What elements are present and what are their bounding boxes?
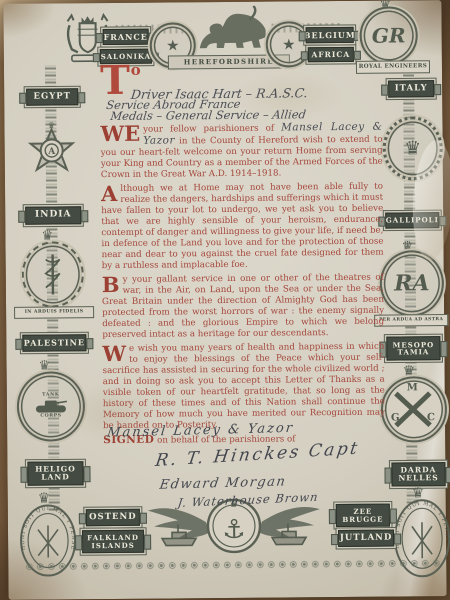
plaque-mesopotamia: MESOPO TAMIA — [386, 336, 440, 360]
signature-2: Edward Morgan — [158, 474, 287, 492]
crown-icon: ♛ — [379, 0, 391, 12]
crown-icon: ★ — [166, 38, 180, 53]
plaque-france-label: FRANCE — [104, 32, 148, 41]
wave-border — [24, 556, 440, 573]
tank-icon — [34, 399, 68, 413]
royal-cypher-gr-badge: GR — [359, 6, 418, 65]
ramc-motto-label: IN ARDUIS FIDELIS — [25, 310, 84, 316]
svg-text:♛: ♛ — [48, 121, 55, 130]
tank-corps-top-label: TANK — [42, 394, 59, 399]
photo-of-certificate: { "document_type": "WWI Letter of Thanks… — [0, 0, 450, 600]
plaque-heligoland: HELIGO LAND — [27, 461, 83, 485]
plaque-falkland-line2: ISLANDS — [91, 541, 134, 549]
plaque-dardanelles-line2: NELLES — [398, 474, 438, 482]
plaque-india: INDIA — [25, 206, 81, 224]
mgc-letter-m: M — [407, 382, 418, 393]
plaque-france: FRANCE — [103, 29, 149, 45]
plaque-gallipoli: GALLIPOLI — [385, 212, 439, 228]
paragraph-gallant-service-text: y your gallant service in one or other o… — [102, 273, 384, 340]
paragraph-hardships: A lthough we at Home may not have been a… — [101, 182, 384, 272]
dropcap-b: B — [102, 276, 120, 293]
svg-text:⚓: ⚓ — [222, 515, 246, 545]
plaque-egypt: EGYPT — [26, 88, 78, 105]
to-small-letter: o — [131, 61, 141, 79]
herefordshire-lion — [189, 6, 265, 57]
crowned-garter-roundel: ♛ — [382, 116, 443, 181]
plaque-india-label: INDIA — [35, 211, 72, 221]
paragraph-hardships-text: lthough we at Home may not have been abl… — [101, 182, 383, 271]
svg-text:A: A — [47, 147, 56, 157]
plaque-zeebrugge: ZEE BRUGGE — [336, 504, 390, 527]
paragraph-welcome-pre: your fellow parishioners of — [143, 124, 274, 135]
plaque-palestine: PALESTINE — [22, 334, 86, 352]
mgc-letter-c: C — [427, 412, 435, 423]
dropcap-we: WE — [100, 125, 140, 142]
ramc-badge — [21, 241, 84, 308]
plaque-africa-label: AFRICA — [311, 50, 350, 58]
plaque-mesopotamia-line2: TAMIA — [398, 348, 430, 356]
plaque-jutland-label: JUTLAND — [340, 534, 393, 543]
letter-header: To Driver Isaac Hart – R.A.S.C. Service … — [100, 63, 382, 122]
paragraph-wishes-text: e wish you many years of health and happ… — [103, 342, 385, 431]
raf-motto-label: PER ARDUA AD ASTRA — [379, 318, 443, 323]
plaque-heligoland-line2: LAND — [41, 473, 70, 481]
paragraph-gallant-service: B y your gallant service in one or other… — [102, 273, 385, 341]
letter-text-block: To Driver Isaac Hart – R.A.S.C. Service … — [100, 63, 385, 450]
certificate-paper: FRANCE SALONIKA ★ HEREFORDSHIRE ★ BELGIU… — [3, 0, 446, 600]
plaque-zeebrugge-line2: BRUGGE — [342, 515, 383, 523]
plaque-egypt-label: EGYPT — [33, 92, 71, 101]
raf-monogram-badge: RA — [380, 250, 445, 317]
rod-of-asclepius-icon — [38, 251, 68, 297]
plaque-ostend: OSTEND — [86, 509, 140, 526]
plaque-ostend-label: OSTEND — [89, 513, 137, 522]
banner-ramc-motto: IN ARDUIS FIDELIS — [14, 306, 94, 319]
crown-icon: ★ — [282, 37, 296, 52]
mgc-letter-g: G — [391, 412, 400, 423]
plaque-italy-label: ITALY — [395, 84, 428, 93]
plaque-italy: ITALY — [388, 80, 434, 97]
plaque-dardanelles: DARDA NELLES — [391, 462, 445, 486]
machine-gun-corps-badge: M G C — [381, 376, 448, 443]
gr-cypher-letters: GR — [372, 23, 406, 47]
plaque-belgium: BELGIUM — [306, 27, 354, 43]
paragraph-welcome: WE your fellow parishioners of Mansel La… — [100, 122, 382, 181]
plaque-belgium-label: BELGIUM — [304, 31, 356, 40]
paragraph-wishes: W e wish you many years of health and ha… — [102, 342, 385, 432]
tank-corps-badge: TANK CORPS — [17, 371, 86, 442]
plaque-falkland-islands: FALKLAND ISLANDS — [82, 530, 144, 554]
to-initial: T — [100, 65, 130, 97]
plaque-gallipoli-label: GALLIPOLI — [386, 216, 439, 224]
dropcap-a: A — [101, 185, 117, 202]
banner-raf-motto: PER ARDUA AD ASTRA — [374, 314, 448, 327]
tank-corps-bottom-label: CORPS — [40, 414, 61, 419]
plaque-jutland: JUTLAND — [338, 530, 394, 547]
dropcap-w: W — [102, 345, 126, 362]
plaque-africa: AFRICA — [308, 47, 354, 62]
army-service-corps-star-badge: A ♛ — [22, 121, 81, 186]
plaque-palestine-label: PALESTINE — [24, 339, 85, 348]
crown-icon: ♛ — [404, 139, 421, 158]
